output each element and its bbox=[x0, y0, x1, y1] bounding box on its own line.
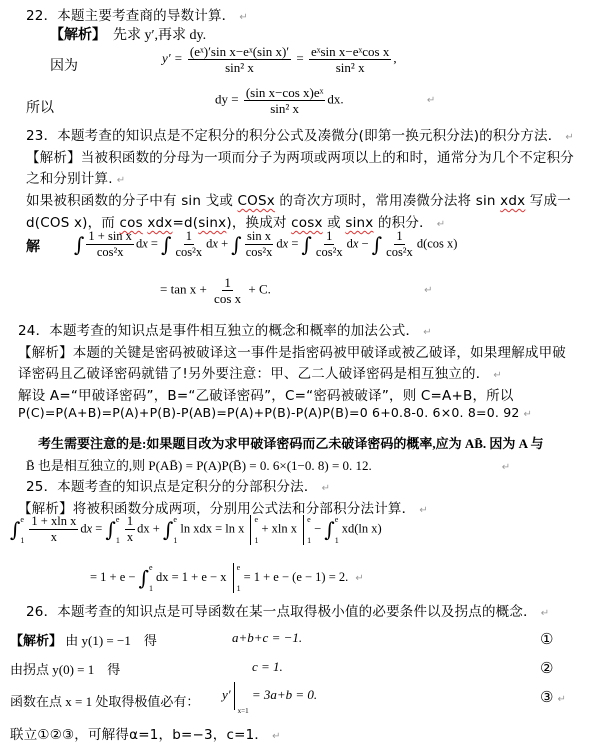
q24-solution-line1: 解设 A=“甲破译密码”，B=“乙破译密码”，C=“密码被破译”，则 C=A+B… bbox=[18, 384, 514, 404]
q26-row-1-equation: a+b+c = −1. bbox=[232, 630, 302, 646]
q24-note-line1: 考生需要注意的是:如果题目改为求甲破译密码而乙未破译密码的概率,应为 AB̄. … bbox=[38, 433, 544, 452]
q24-note-line2: B̄ 也是相互独立的,则 P(AB̄) = P(A)P(B̄) = 0. 6×(… bbox=[26, 455, 510, 474]
q25-integral-equation: ∫e11 + xln xxdx = ∫e11xdx + ∫e1ln xdx = … bbox=[10, 514, 382, 545]
q25-title: 25．本题考查的知识点是定积分的分部积分法．↵ bbox=[26, 475, 330, 495]
q25-result-equation: = 1 + e − ∫e1dx = 1 + e − x e1= 1 + e − … bbox=[90, 563, 364, 593]
q24-analysis-line1: 【解析】本题的关键是密码被破译这一事件是指密码被甲破译或被乙破译，如果理解成甲破 bbox=[18, 341, 566, 361]
q26-row-3-equation: y′x=1 = 3a+b = 0. bbox=[222, 682, 317, 715]
q23-title: 23．本题考查的知识点是不定积分的积分公式及凑微分(即第一换元积分法)的积分方法… bbox=[26, 124, 574, 144]
q22-because: 因为 bbox=[50, 55, 78, 75]
q23-integral-equation: ∫1 + sin xcos²xdx = ∫1cos²xdx + ∫sin xco… bbox=[74, 229, 457, 260]
q22-dy-equation: dy = (sin x−cos x)eˣsin² xdx. ↵ bbox=[215, 85, 435, 116]
q22-so: 所以 bbox=[26, 97, 54, 117]
q24-analysis-line2: 译密码且乙破译密码就错了!另外要注意：甲、乙二人破译密码是相互独立的．↵ bbox=[18, 362, 502, 382]
q23-result-equation: = tan x + 1cos x + C. ↵ bbox=[160, 275, 433, 306]
q22-derivative-equation: y′ = (eˣ)′sin x−eˣ(sin x)′sin² x = eˣsin… bbox=[162, 44, 397, 75]
q26-row-1: 【解析】 由 y(1) = −1 得 bbox=[10, 630, 157, 649]
q26-row-2-marker: ② bbox=[540, 659, 553, 678]
q26-title: 26．本题考查的知识点是可导函数在某一点取得极小值的必要条件以及拐点的概念．↵ bbox=[26, 600, 549, 620]
q24-solution-line2: P(C)=P(A+B)=P(A)+P(B)-P(AB)=P(A)+P(B)-P(… bbox=[18, 405, 532, 420]
q23-solution-label: 解 bbox=[26, 236, 40, 256]
q26-row-1-marker: ① bbox=[540, 630, 553, 649]
q26-row-3: 函数在点 x = 1 处取得极值必有： bbox=[10, 691, 199, 710]
q24-title: 24．本题考查的知识点是事件相互独立的概念和概率的加法公式．↵ bbox=[18, 319, 432, 339]
q26-row-2-equation: c = 1. bbox=[252, 659, 283, 675]
q26-conclusion: 联立①②③，可解得α=1，b=−3，c=1．↵ bbox=[10, 723, 281, 743]
q22-title: 22．本题主要考查商的导数计算．↵ bbox=[26, 4, 248, 24]
q23-analysis-line2: 之和分别计算.↵ bbox=[26, 167, 125, 187]
q23-analysis-line1: 【解析】当被积函数的分母为一项而分子为两项或两项以上的和时，通常分为几个不定积分 bbox=[26, 146, 574, 166]
q23-note-line2: d(COS x)，而 cos xdx=d(sinx)，换成对 cosx 或 si… bbox=[26, 211, 445, 231]
q26-row-2: 由拐点 y(0) = 1 得 bbox=[10, 659, 120, 678]
q23-note-line1: 如果被积函数的分子中有 sin 戈或 COSx 的奇次方项时，常用凑微分法将 s… bbox=[26, 189, 571, 209]
q26-row-3-marker: ③↵ bbox=[540, 688, 566, 707]
q22-analysis: 【解析】 先求 y′,再求 dy. bbox=[50, 24, 206, 44]
